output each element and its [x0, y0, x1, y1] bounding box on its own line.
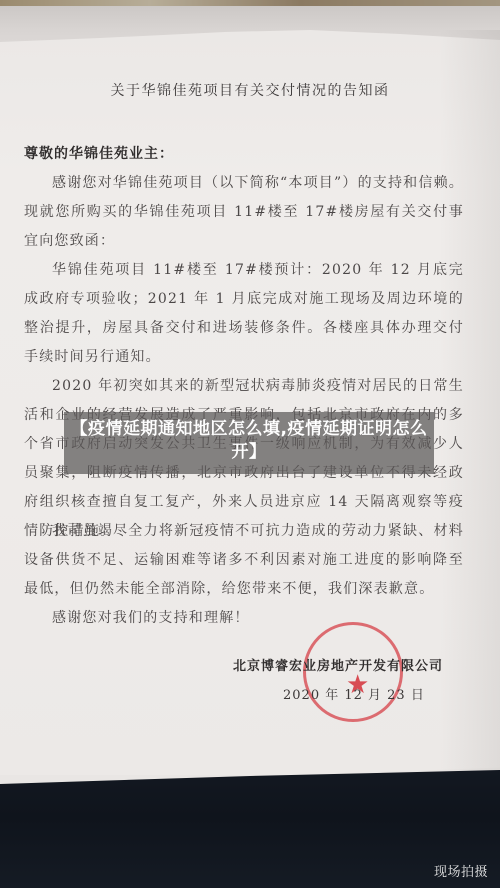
background-edge	[0, 0, 500, 6]
paragraph-5: 感谢您对我们的支持和理解！	[24, 604, 464, 633]
caption-overlay-banner: 【疫情延期通知地区怎么填,疫情延期证明怎么开】	[64, 412, 434, 474]
caption-overlay-title: 【疫情延期通知地区怎么填,疫情延期证明怎么开】	[71, 419, 428, 462]
signature-company: 北京博睿宏业房地产开发有限公司	[233, 655, 443, 674]
salutation: 尊敬的华锦佳苑业主：	[24, 143, 174, 163]
paragraph-1: 感谢您对华锦佳苑项目（以下简称“本项目”）的支持和信赖。现就您所购买的华锦佳苑项…	[24, 169, 464, 256]
photo-watermark: 现场拍摄	[434, 861, 488, 880]
document-title: 关于华锦佳苑项目有关交付情况的告知函	[0, 80, 500, 100]
signature-date: 2020 年 12 月 23 日	[283, 684, 425, 703]
background-desk-bottom	[0, 770, 500, 888]
paragraph-2: 华锦佳苑项目 11#楼至 17#楼预计：2020 年 12 月底完成政府专项验收…	[24, 256, 464, 372]
paragraph-4: 我司虽竭尽全力将新冠疫情不可抗力造成的劳动力紧缺、材料设备供货不足、运输困难等诸…	[24, 517, 464, 604]
